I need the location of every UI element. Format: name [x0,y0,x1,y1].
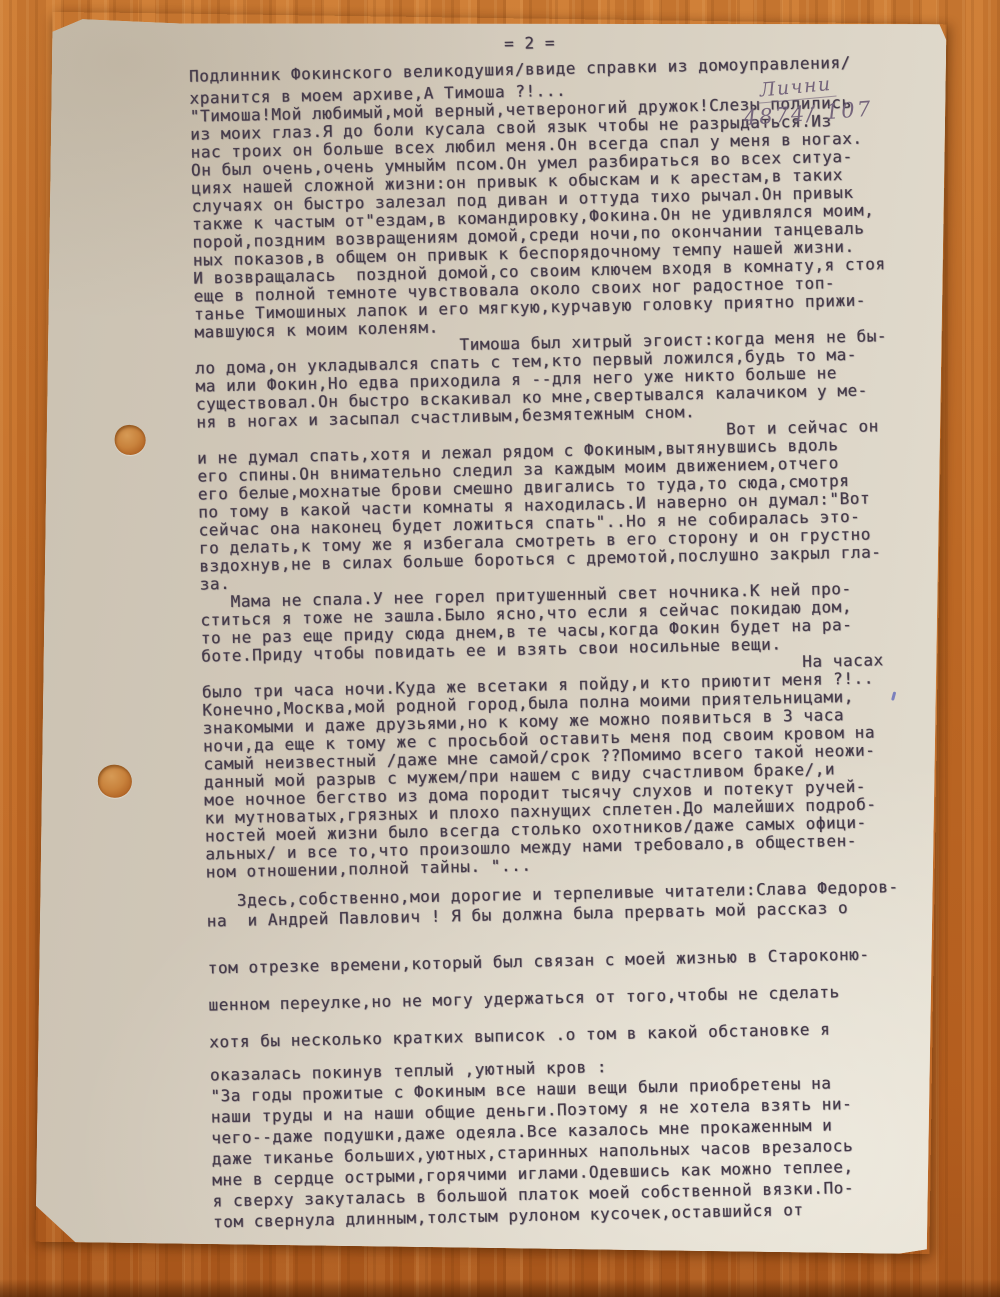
text-block-address-wide-spacing: том отрезке времени,который был связан с… [207,935,925,1061]
handwritten-annotation: Лични 4874/ 107 [727,75,958,127]
document-sheet: = 2 =Подлинник Фокинского великодушия/вв… [35,12,946,1254]
punch-hole-top [114,425,145,455]
photo-of-document: { "photo": { "surface": "wooden-desk", "… [0,0,1000,1297]
text-block-body-main: хранится в моем архиве,А Тимоша ?!..."Ти… [189,75,921,882]
text-block-address-to-readers: Здесь,собственно,мои дорогие и терпеливы… [206,877,923,932]
text-block-closing-quote: "За годы прожитые с Фокиным все наши вещ… [210,1070,929,1232]
typed-text: = 2 =Подлинник Фокинского великодушия/вв… [188,23,929,1233]
punch-hole-bottom [98,765,132,798]
desk-shadow-band [0,1279,1000,1297]
